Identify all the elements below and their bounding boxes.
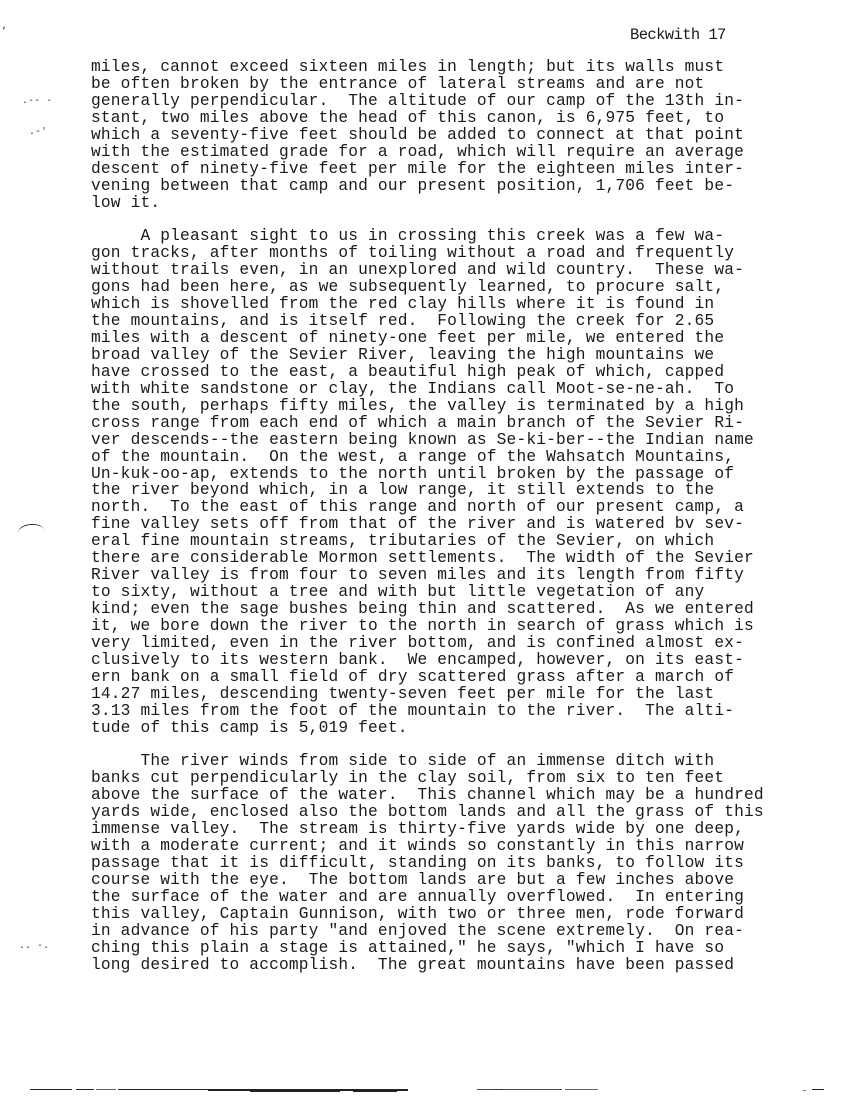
text-line: be often broken by the entrance of later… [91,76,764,93]
scan-edge-line [30,1089,72,1090]
text-line: with a moderate current; and it winds so… [91,838,764,855]
paragraph: miles, cannot exceed sixteen miles in le… [91,59,764,211]
text-line: there are considerable Mormon settlement… [91,550,764,567]
text-line: ern bank on a small field of dry scatter… [91,669,764,686]
text-line: north. To the east of this range and nor… [91,499,764,516]
text-line: of the mountain. On the west, a range of… [91,449,764,466]
scan-artifact-arc [17,523,44,541]
text-line: yards wide, enclosed also the bottom lan… [91,804,764,821]
text-line: to sixty, without a tree and with but li… [91,584,764,601]
text-line: which a seventy-five feet should be adde… [91,127,764,144]
scan-edge-line [353,1091,397,1092]
paragraph: The river winds from side to side of an … [91,753,764,973]
scan-artifact: , [1,20,7,31]
text-line: ver descends--the eastern being known as… [91,432,764,449]
text-line: banks cut perpendicularly in the clay so… [91,770,764,787]
scan-artifact: .-- - [22,95,52,106]
text-line: miles with a descent of ninety-one feet … [91,330,764,347]
text-line: with white sandstone or clay, the Indian… [91,381,764,398]
text-line: vening between that camp and our present… [91,178,764,195]
text-line: have crossed to the east, a beautiful hi… [91,364,764,381]
text-line: miles, cannot exceed sixteen miles in le… [91,59,764,76]
scan-edge-line [477,1089,562,1090]
page-header: Beckwith 17 [630,26,726,44]
text-line: very limited, even in the river bottom, … [91,635,764,652]
text-line: gons had been here, as we subsequently l… [91,279,764,296]
text-line: eral fine mountain streams, tributaries … [91,533,764,550]
text-line: in advance of his party "and enjoved the… [91,923,764,940]
text-line: generally perpendicular. The altitude of… [91,93,764,110]
text-line: ching this plain a stage is attained," h… [91,940,764,957]
text-line: passage that it is difficult, standing o… [91,855,764,872]
text-line: without trails even, in an unexplored an… [91,262,764,279]
scan-edge-line [250,1090,340,1092]
text-line: with the estimated grade for a road, whi… [91,144,764,161]
scan-edge-line [210,1090,218,1091]
scan-edge-line [96,1089,116,1090]
scan-artifact: .-' [29,126,47,137]
text-line: which is shovelled from the red clay hil… [91,296,764,313]
scan-edge-line [118,1089,208,1090]
paragraph: A pleasant sight to us in crossing this … [91,228,764,736]
scan-edge-line [340,1090,344,1091]
scan-edge-line [360,1089,395,1090]
text-line: the south, perhaps fifty miles, the vall… [91,398,764,415]
scan-edge-line [565,1089,598,1090]
text-line: The river winds from side to side of an … [91,753,764,770]
text-line: gon tracks, after months of toiling with… [91,245,764,262]
text-line: above the surface of the water. This cha… [91,787,764,804]
text-line: broad valley of the Sevier River, leavin… [91,347,764,364]
text-line: the surface of the water and are annuall… [91,889,764,906]
text-line: A pleasant sight to us in crossing this … [91,228,764,245]
text-line: stant, two miles above the head of this … [91,110,764,127]
text-line: 3.13 miles from the foot of the mountain… [91,703,764,720]
text-line: this valley, Captain Gunnison, with two … [91,906,764,923]
scan-artifact: .. -. [19,940,49,951]
text-line: course with the eye. The bottom lands ar… [91,872,764,889]
text-line: fine valley sets off from that of the ri… [91,516,764,533]
scan-edge-line [76,1089,94,1090]
text-line: Un-kuk-oo-ap, extends to the north until… [91,466,764,483]
scan-edge-line [803,1090,806,1091]
text-line: low it. [91,195,764,212]
text-line: River valley is from four to seven miles… [91,567,764,584]
text-line: descent of ninety-five feet per mile for… [91,161,764,178]
text-line: tude of this camp is 5,019 feet. [91,720,764,737]
text-line: immense valley. The stream is thirty-fiv… [91,821,764,838]
text-line: the river beyond which, in a low range, … [91,482,764,499]
document-body: miles, cannot exceed sixteen miles in le… [91,59,764,974]
text-line: the mountains, and is itself red. Follow… [91,313,764,330]
document-page: , .-- - .-' .. -. Beckwith 17 miles, can… [0,0,850,1100]
text-line: clusively to its western bank. We encamp… [91,652,764,669]
text-line: cross range from each end of which a mai… [91,415,764,432]
text-line: long desired to accomplish. The great mo… [91,957,764,974]
scan-edge-line [812,1089,824,1090]
text-line: kind; even the sage bushes being thin an… [91,601,764,618]
text-line: it, we bore down the river to the north … [91,618,764,635]
text-line: 14.27 miles, descending twenty-seven fee… [91,686,764,703]
